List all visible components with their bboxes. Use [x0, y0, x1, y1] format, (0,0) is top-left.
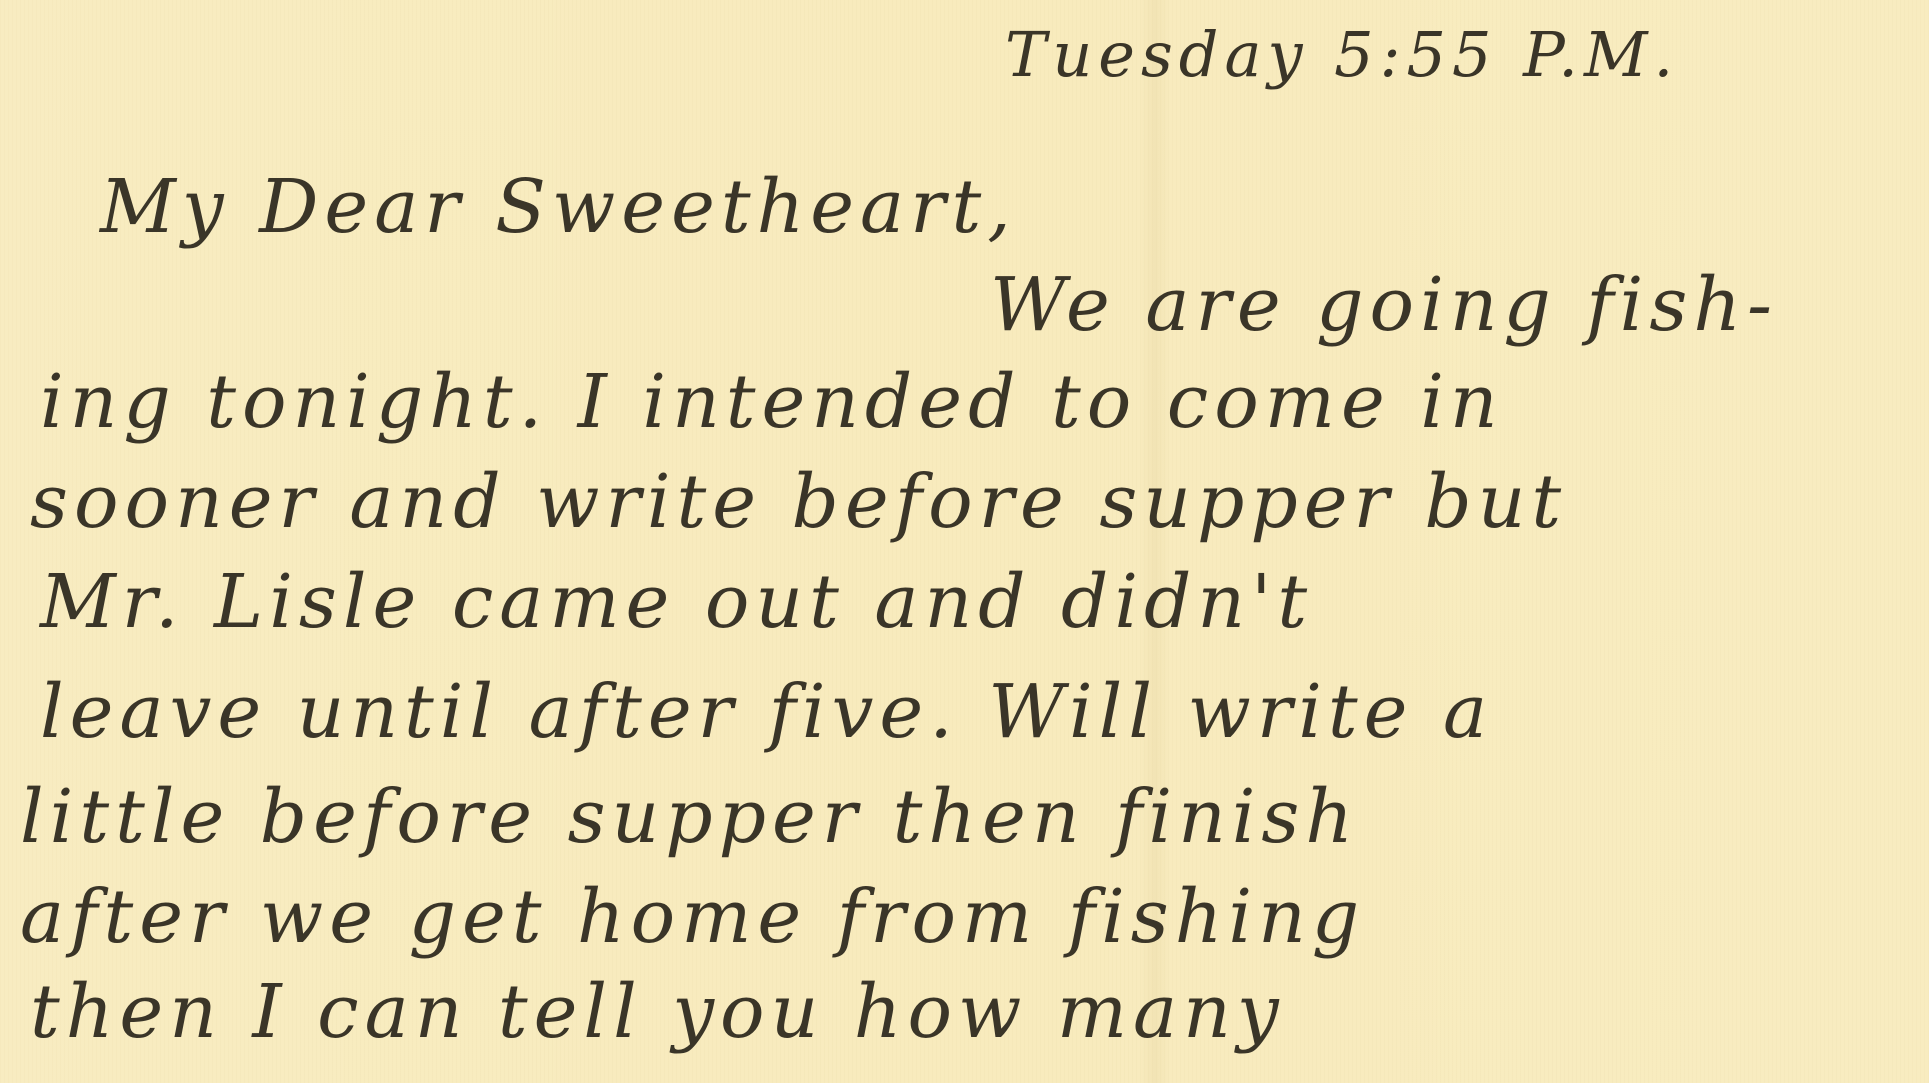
letter-page: Tuesday 5:55 P.M. My Dear Sweetheart, We…	[0, 0, 1929, 1083]
letter-line-4: Mr. Lisle came out and didn't	[40, 565, 1313, 639]
letter-line-2: ing tonight. I intended to come in	[40, 365, 1504, 439]
letter-dateline: Tuesday 5:55 P.M.	[1005, 18, 1679, 91]
letter-line-3: sooner and write before supper but	[30, 465, 1567, 539]
letter-line-5: leave until after five. Will write a	[40, 675, 1493, 749]
letter-line-8: then I can tell you how many	[30, 975, 1285, 1049]
letter-line-1: We are going fish-	[990, 268, 1778, 342]
letter-line-7: after we get home from fishing	[20, 880, 1365, 954]
letter-line-6: little before supper then finish	[20, 780, 1359, 854]
letter-salutation: My Dear Sweetheart,	[100, 170, 1017, 244]
